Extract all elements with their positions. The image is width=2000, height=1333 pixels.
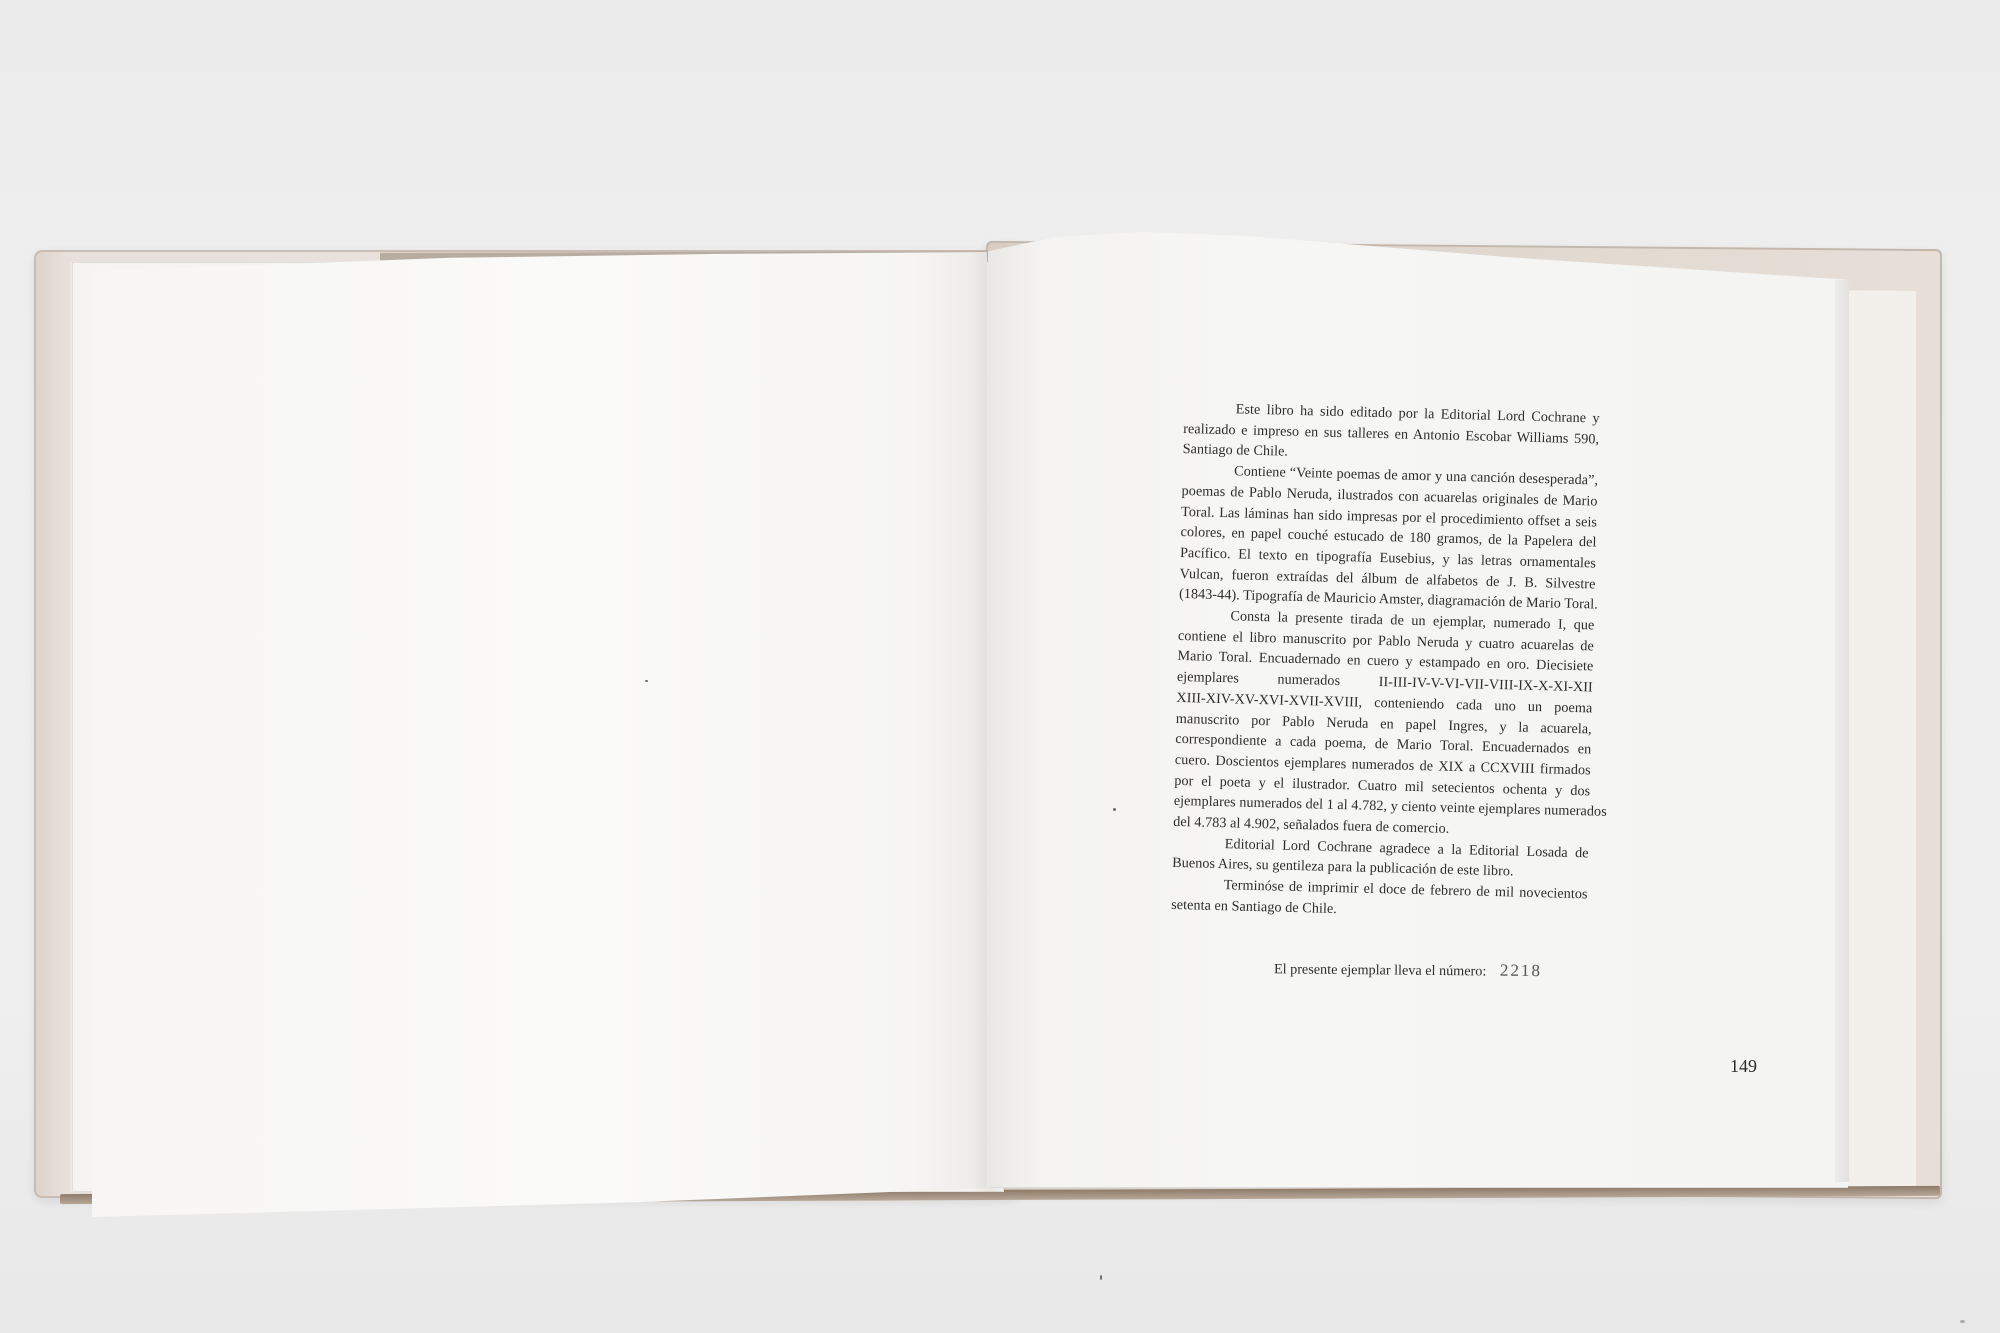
copy-number: 2218 <box>1500 961 1542 980</box>
left-page-blank <box>92 252 987 1217</box>
right-page-edge <box>1835 280 1849 1182</box>
colophon-text-block: Este libro ha sido editado por la Editor… <box>1171 398 1600 926</box>
dust-speck <box>1100 1275 1102 1280</box>
dust-speck <box>1960 1320 1965 1323</box>
page-number: 149 <box>1730 1056 1757 1077</box>
copy-number-line: El presente ejemplar lleva el número: 22… <box>1274 958 1604 981</box>
dust-speck <box>645 680 648 682</box>
dust-speck <box>1113 808 1116 811</box>
photo-scene: Este libro ha sido editado por la Editor… <box>0 0 2000 1333</box>
copy-number-label: El presente ejemplar lleva el número: <box>1274 961 1486 979</box>
